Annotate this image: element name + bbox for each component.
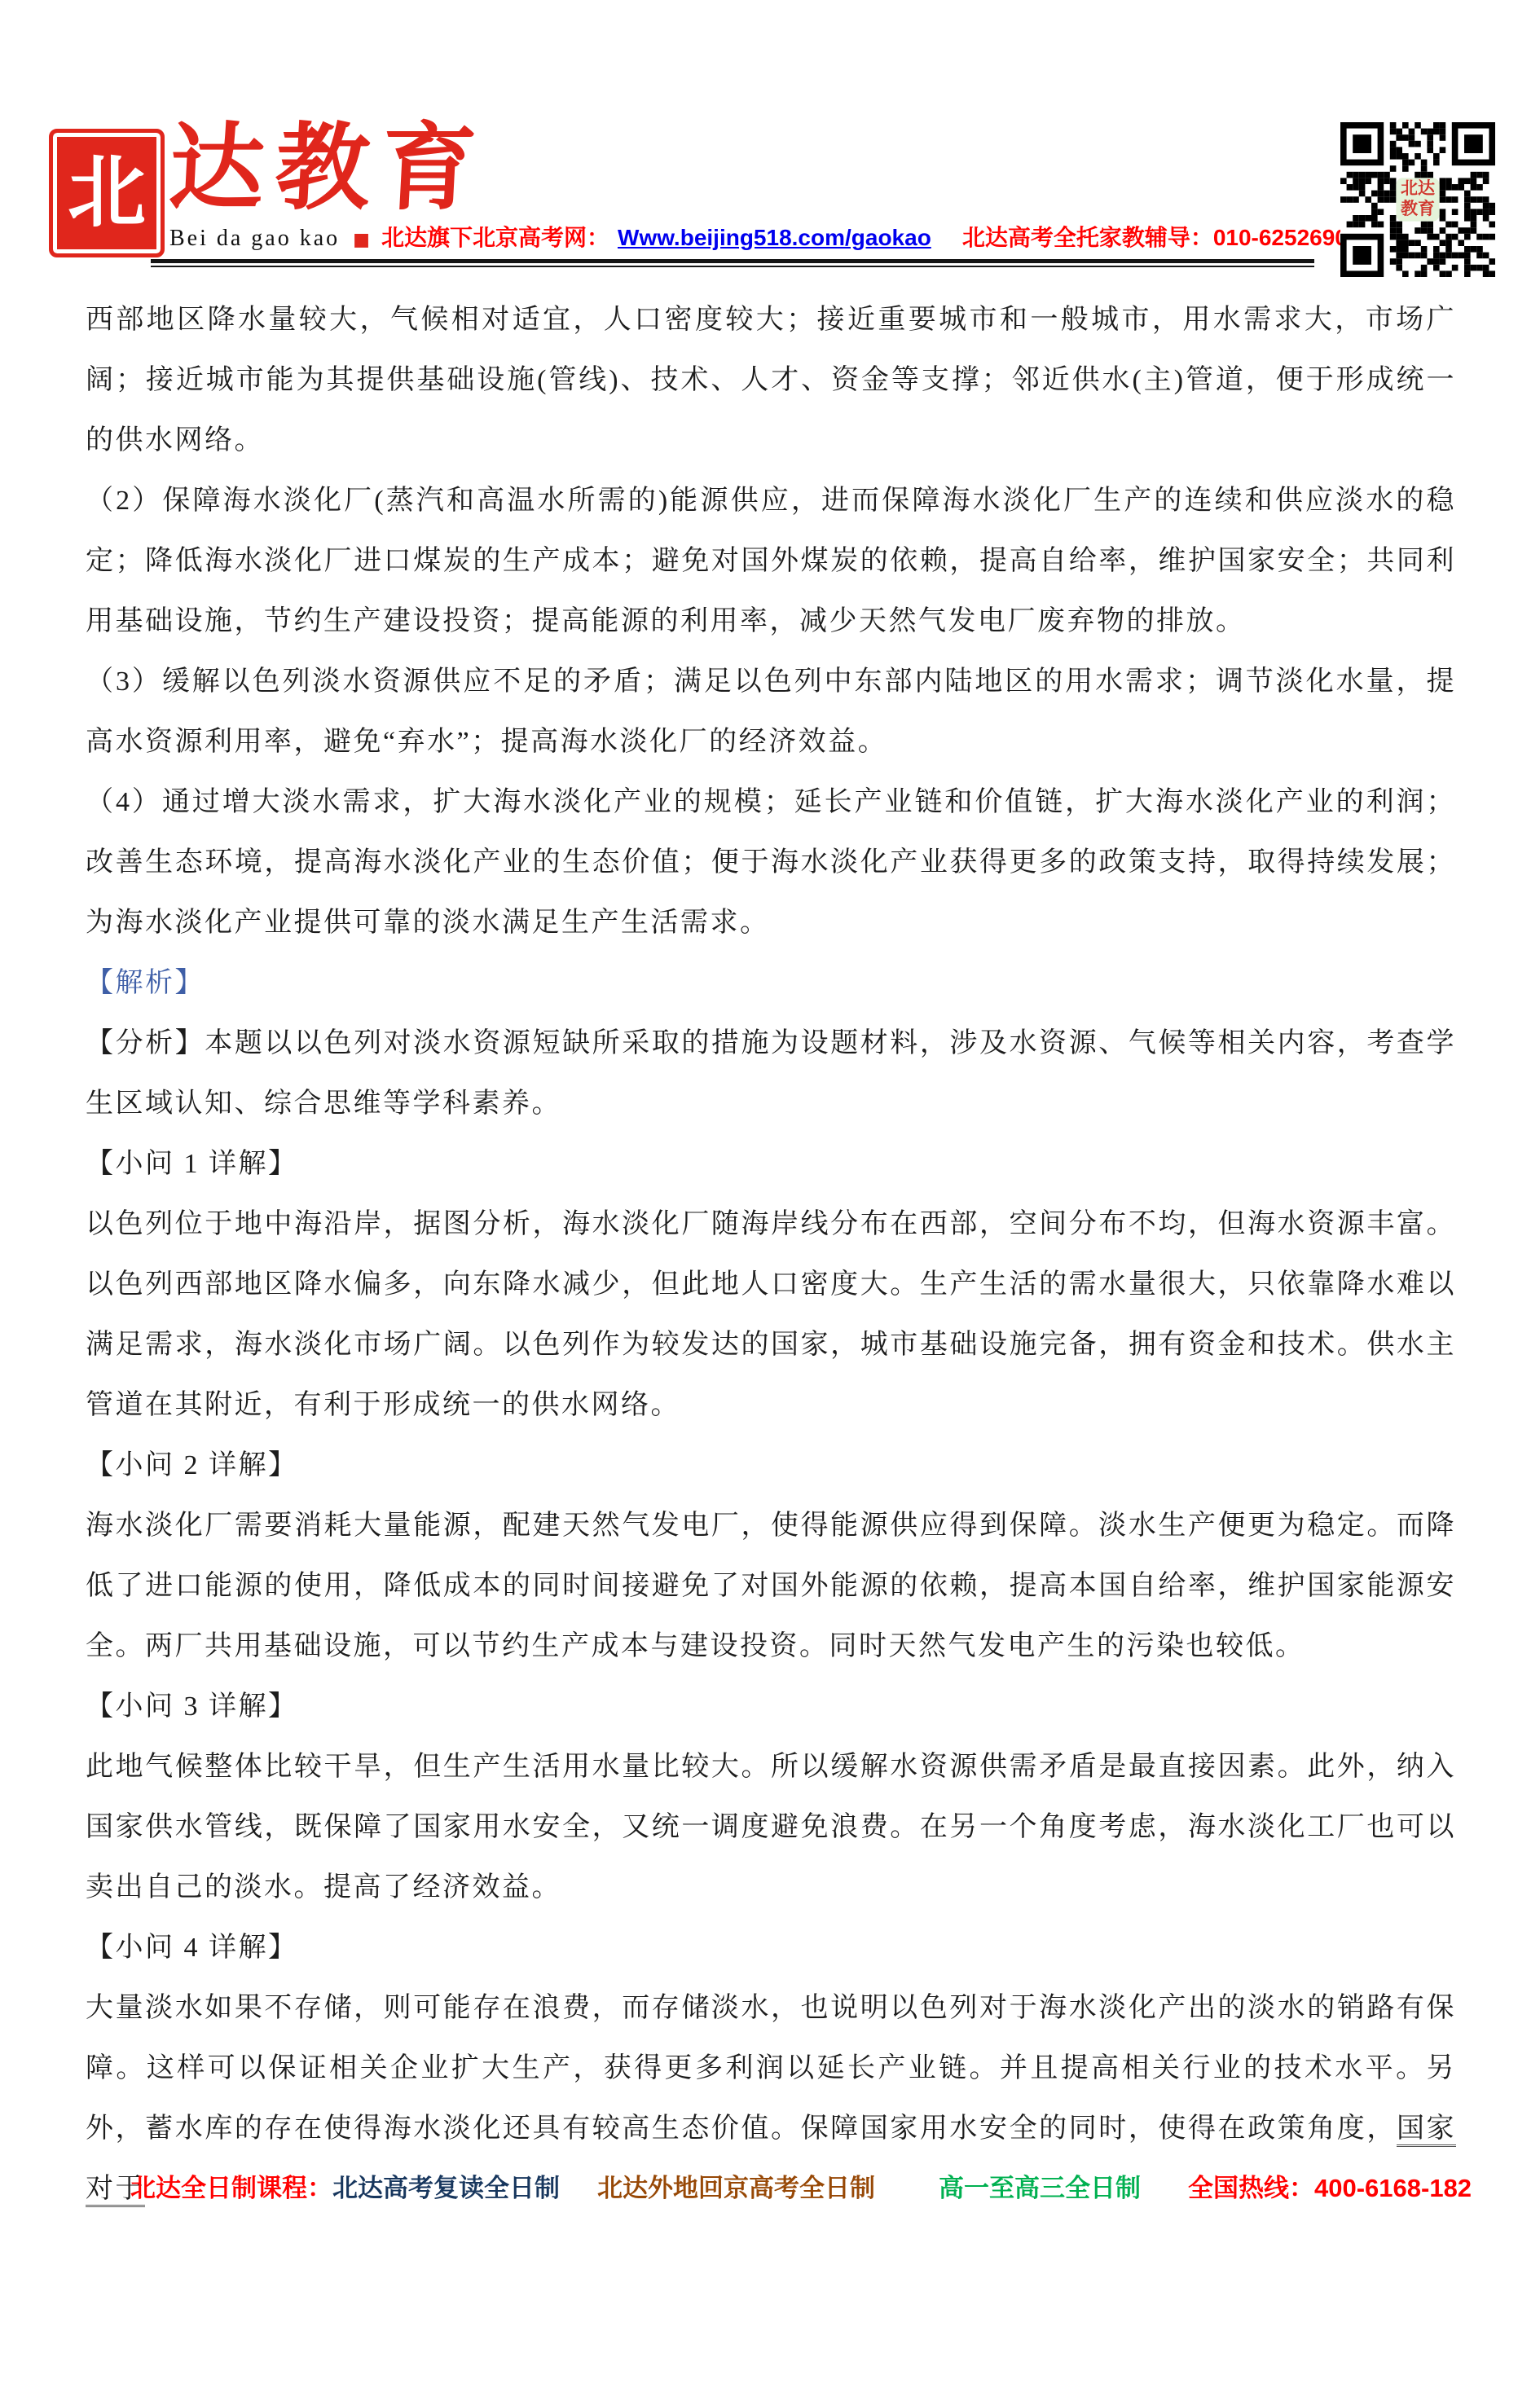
paragraph: （3）缓解以色列淡水资源供应不足的矛盾；满足以色列中东部内陆地区的用水需求；调节…	[86, 652, 1456, 772]
site-label: 北达旗下北京高考网：	[381, 225, 609, 250]
qr-code: 北达教育	[1340, 122, 1495, 277]
website-link[interactable]: Www.beijing518.com/gaokao	[618, 225, 931, 250]
brand-name-calligraphy: 达教育	[167, 121, 514, 220]
paragraphs: 西部地区降水量较大，气候相对适宜，人口密度较大；接近重要城市和一般城市，用水需求…	[86, 290, 1456, 2219]
paragraph: 【小问 1 详解】	[86, 1134, 1456, 1194]
brand-seal-logo: 北	[49, 129, 165, 257]
paragraph: 【小问 3 详解】	[86, 1677, 1456, 1737]
analysis-label: 【解析】	[86, 953, 1456, 1014]
paragraph: 以色列位于地中海沿岸，据图分析，海水淡化厂随海岸线分布在西部，空间分布不均，但海…	[86, 1194, 1456, 1436]
red-square-bullet: ■	[353, 230, 370, 250]
brand-pinyin: Bei da gao kao	[169, 226, 340, 252]
svg-text:教育: 教育	[1401, 199, 1435, 218]
header-info-row: Bei da gao kao ■ 北达旗下北京高考网：Www.beijing51…	[169, 220, 1327, 253]
paragraph: （4）通过增大淡水需求，扩大海水淡化产业的规模；延长产业链和价值链，扩大海水淡化…	[86, 772, 1456, 953]
paragraph: （2）保障海水淡化厂(蒸汽和高温水所需的)能源供应，进而保障海水淡化厂生产的连续…	[86, 471, 1456, 652]
seal-character: 北	[68, 154, 146, 232]
footer-segment: 北达全日制课程：	[130, 2167, 332, 2204]
footer-segment: 高一至高三全日制	[939, 2167, 1141, 2204]
paragraph: 【小问 2 详解】	[86, 1436, 1456, 1496]
document-body: 西部地区降水量较大，气候相对适宜，人口密度较大；接近重要城市和一般城市，用水需求…	[86, 290, 1456, 2219]
svg-text:北达: 北达	[1401, 178, 1435, 198]
paragraph: 西部地区降水量较大，气候相对适宜，人口密度较大；接近重要城市和一般城市，用水需求…	[86, 290, 1456, 471]
tutoring-phone: 北达高考全托家教辅导：010-62526900	[962, 225, 1361, 250]
footer-segment: 全国热线：400-6168-182	[1188, 2167, 1472, 2204]
paragraph: 此地气候整体比较干旱，但生产生活用水量比较大。所以缓解水资源供需矛盾是最直接因素…	[86, 1737, 1456, 1918]
paragraph: 海水淡化厂需要消耗大量能源，配建天然气发电厂，使得能源供应得到保障。淡水生产便更…	[86, 1496, 1456, 1677]
header-divider-rule	[151, 259, 1314, 267]
document-page: 北 达教育 Bei da gao kao ■ 北达旗下北京高考网：Www.bei…	[0, 0, 1540, 2406]
footer-line: 北达全日制课程：北达高考复读全日制北达外地回京高考全日制高一至高三全日制全国热线…	[130, 2167, 1467, 2204]
paragraph: 【小问 4 详解】	[86, 1918, 1456, 1978]
paragraph: 【分析】本题以以色列对淡水资源短缺所采取的措施为设题材料，涉及水资源、气候等相关…	[86, 1014, 1456, 1134]
footer-segment: 北达高考复读全日制	[332, 2167, 560, 2204]
header-contact-info: 北达旗下北京高考网：Www.beijing518.com/gaokao北达高考全…	[381, 220, 1360, 253]
footer-segment: 北达外地回京高考全日制	[597, 2167, 875, 2204]
